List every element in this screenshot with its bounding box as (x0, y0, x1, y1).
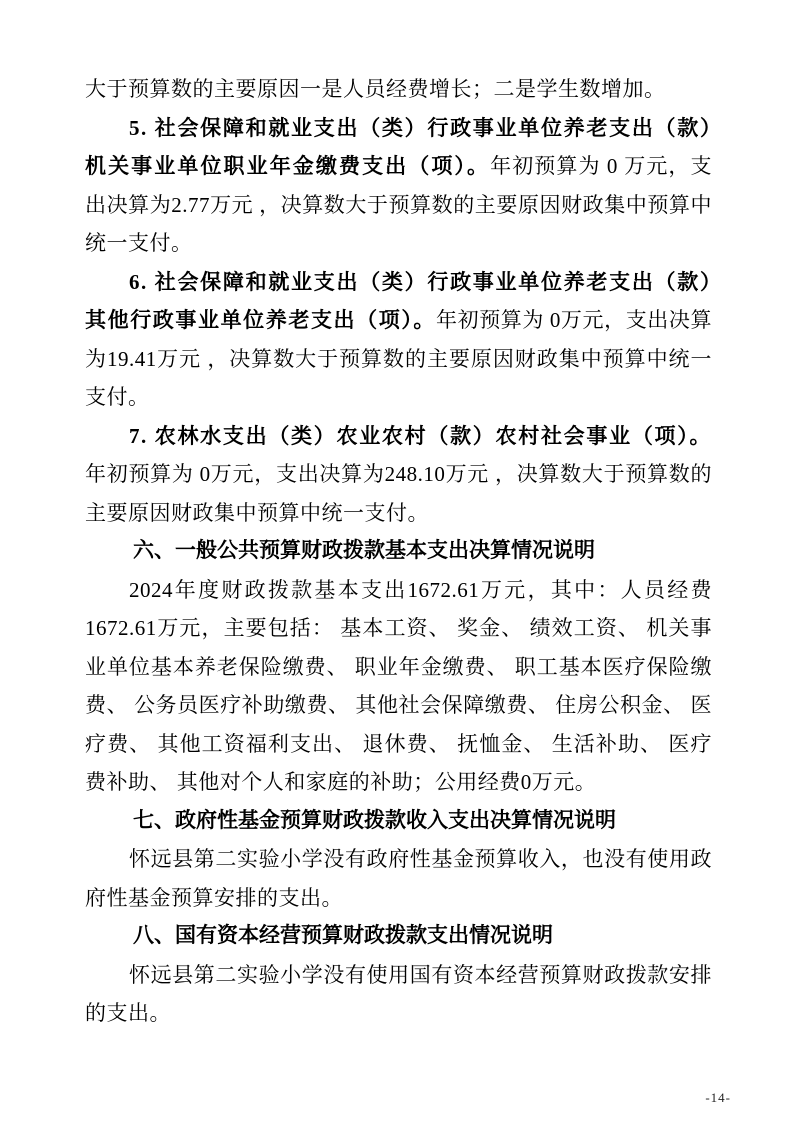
paragraph-continuation: 大于预算数的主要原因一是人员经费增长；二是学生数增加。 (85, 70, 712, 109)
section-heading-seven: 七、政府性基金预算财政拨款收入支出决算情况说明 (85, 802, 712, 841)
item-7-body: 年初预算为 0万元，支出决算为248.10万元 ，决算数大于预算数的主要原因财政… (85, 462, 712, 525)
paragraph-item-6: 6. 社会保障和就业支出（类）行政事业单位养老支出（款）其他行政事业单位养老支出… (85, 263, 712, 417)
paragraph-state-capital: 怀远县第二实验小学没有使用国有资本经营预算财政拨款安排的支出。 (85, 956, 712, 1033)
section-heading-eight: 八、国有资本经营预算财政拨款支出情况说明 (85, 917, 712, 956)
document-content: 大于预算数的主要原因一是人员经费增长；二是学生数增加。 5. 社会保障和就业支出… (85, 70, 712, 1033)
paragraph-item-7: 7. 农林水支出（类）农业农村（款）农村社会事业（项）。年初预算为 0万元，支出… (85, 417, 712, 533)
paragraph-basic-expenditure: 2024年度财政拨款基本支出1672.61万元，其中：人员经费1672.61万元… (85, 571, 712, 802)
item-7-lead: 7. 农林水支出（类）农业农村（款）农村社会事业（项）。 (129, 424, 712, 448)
page-number: -14- (705, 1090, 731, 1106)
section-heading-six: 六、一般公共预算财政拨款基本支出决算情况说明 (85, 532, 712, 571)
paragraph-item-5: 5. 社会保障和就业支出（类）行政事业单位养老支出（款）机关事业单位职业年金缴费… (85, 109, 712, 263)
document-page: 大于预算数的主要原因一是人员经费增长；二是学生数增加。 5. 社会保障和就业支出… (0, 0, 793, 1122)
paragraph-gov-fund: 怀远县第二实验小学没有政府性基金预算收入，也没有使用政府性基金预算安排的支出。 (85, 840, 712, 917)
